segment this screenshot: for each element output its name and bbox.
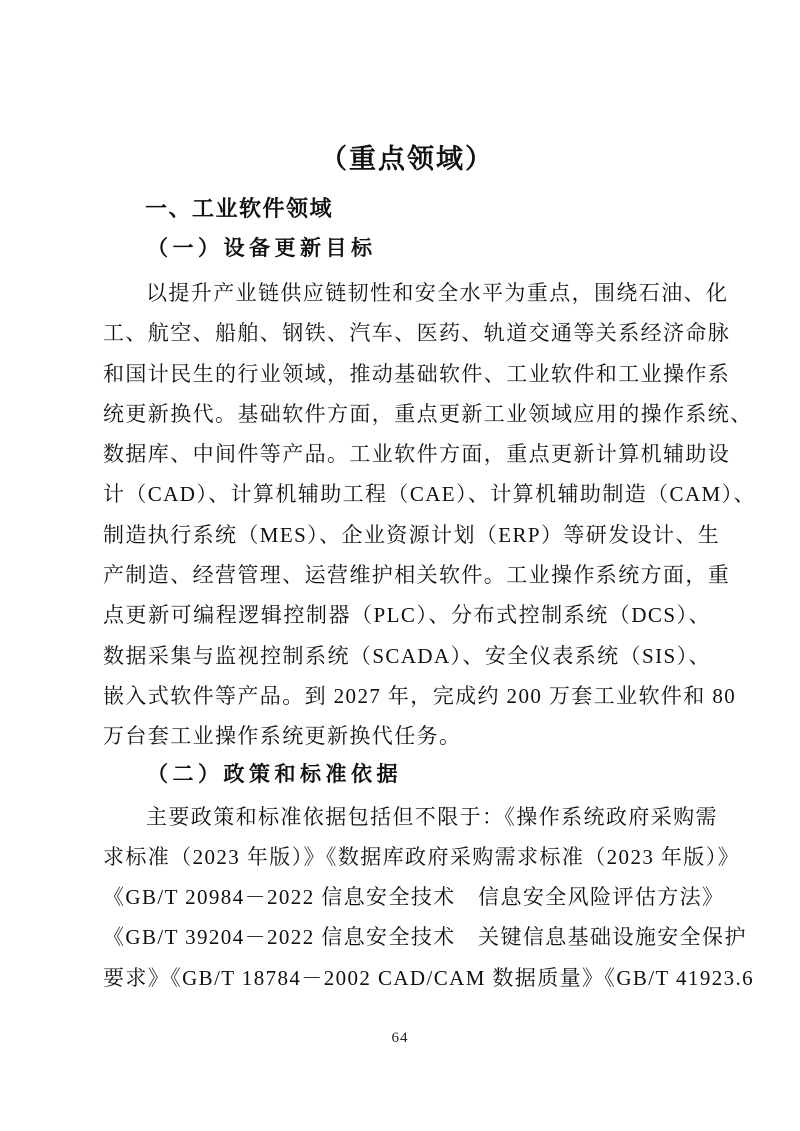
text-line: 《GB/T 39204－2022 信息安全技术 关键信息基础设施安全保护 xyxy=(103,917,711,957)
text-line: 工、航空、船舶、钢铁、汽车、医药、轨道交通等关系经济命脉 xyxy=(103,313,711,353)
text-line: 点更新可编程逻辑控制器（PLC）、分布式控制系统（DCS）、 xyxy=(103,595,711,635)
text-line: 《GB/T 20984－2022 信息安全技术 信息安全风险评估方法》 xyxy=(103,877,711,917)
section-heading-industrial-software: 一、工业软件领域 xyxy=(103,196,711,222)
text-line: 嵌入式软件等产品。到 2027 年，完成约 200 万套工业软件和 80 xyxy=(103,676,711,716)
paragraph-equipment-update: 以提升产业链供应链韧性和安全水平为重点，围绕石油、化 工、航空、船舶、钢铁、汽车… xyxy=(103,273,711,757)
text-line: 求标准（2023 年版）》《数据库政府采购需求标准（2023 年版）》 xyxy=(103,837,711,877)
subsection-heading-equipment-update-goal: （一）设备更新目标 xyxy=(103,235,711,261)
text-line: 制造执行系统（MES）、企业资源计划（ERP）等研发设计、生 xyxy=(103,515,711,555)
text-line: 计（CAD）、计算机辅助工程（CAE）、计算机辅助制造（CAM）、 xyxy=(103,474,711,514)
text-line: 以提升产业链供应链韧性和安全水平为重点，围绕石油、化 xyxy=(103,273,711,313)
subsection-heading-policy-standards: （二）政策和标准依据 xyxy=(103,761,711,787)
text-line: 万台套工业操作系统更新换代任务。 xyxy=(103,716,711,756)
text-line: 数据采集与监视控制系统（SCADA）、安全仪表系统（SIS）、 xyxy=(103,636,711,676)
text-line: 主要政策和标准依据包括但不限于：《操作系统政府采购需 xyxy=(103,797,711,837)
document-content: （重点领域） 一、工业软件领域 （一）设备更新目标 以提升产业链供应链韧性和安全… xyxy=(103,141,711,998)
text-line: 要求》《GB/T 18784－2002 CAD/CAM 数据质量》《GB/T 4… xyxy=(103,958,711,998)
text-line: 统更新换代。基础软件方面，重点更新工业领域应用的操作系统、 xyxy=(103,394,711,434)
document-page: （重点领域） 一、工业软件领域 （一）设备更新目标 以提升产业链供应链韧性和安全… xyxy=(0,0,800,1131)
page-title: （重点领域） xyxy=(103,141,711,177)
paragraph-policy-standards: 主要政策和标准依据包括但不限于：《操作系统政府采购需 求标准（2023 年版）》… xyxy=(103,797,711,998)
page-number: 64 xyxy=(0,1028,800,1048)
text-line: 产制造、经营管理、运营维护相关软件。工业操作系统方面，重 xyxy=(103,555,711,595)
text-line: 和国计民生的行业领域，推动基础软件、工业软件和工业操作系 xyxy=(103,354,711,394)
text-line: 数据库、中间件等产品。工业软件方面，重点更新计算机辅助设 xyxy=(103,434,711,474)
